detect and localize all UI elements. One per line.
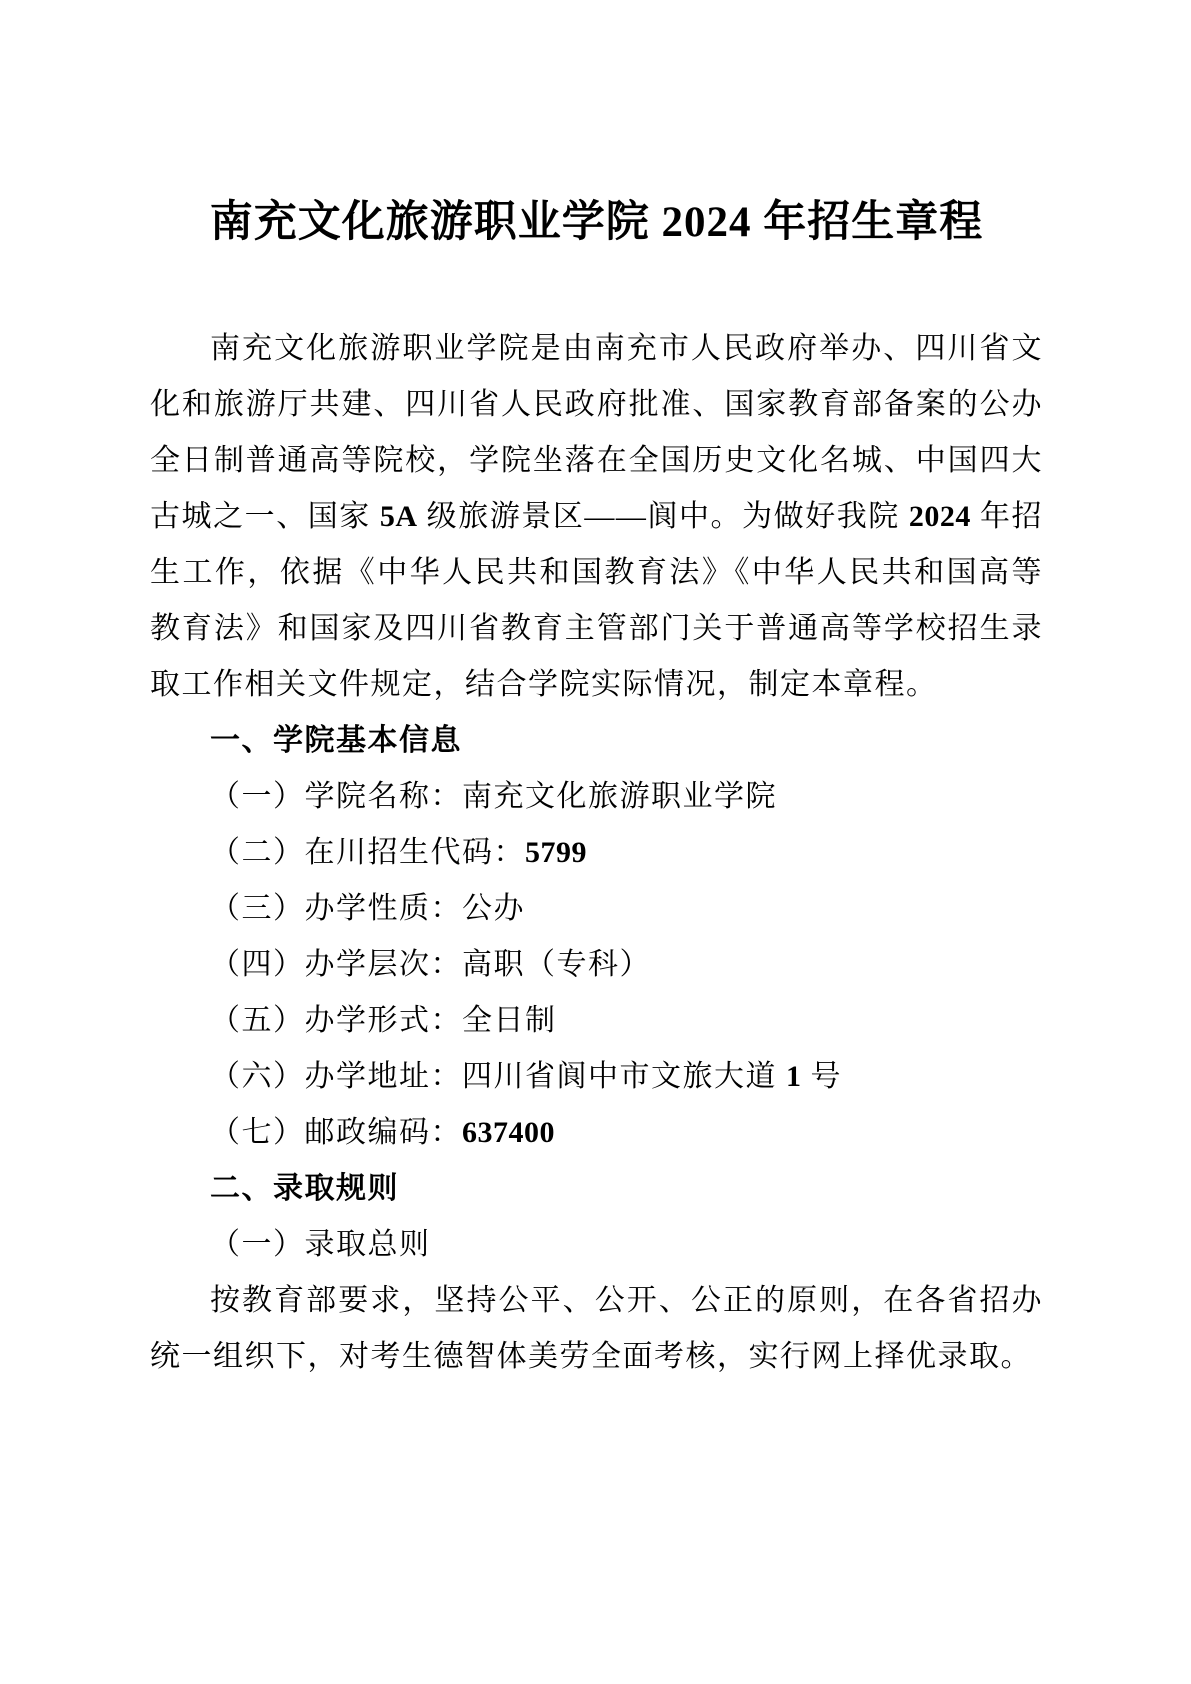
- text-segment: （一）学院名称：南充文化旅游职业学院: [210, 780, 777, 813]
- list-item-education-form: （五）办学形式：全日制: [150, 993, 1043, 1049]
- list-item-address: （六）办学地址：四川省阆中市文旅大道 1 号: [150, 1049, 1043, 1105]
- document-page: 南充文化旅游职业学院 2024 年招生章程 南充文化旅游职业学院是由南充市人民政…: [0, 0, 1191, 1684]
- list-item-postal-code: （七）邮政编码：637400: [150, 1105, 1043, 1161]
- list-item-college-name: （一）学院名称：南充文化旅游职业学院: [150, 769, 1043, 825]
- document-title: 南充文化旅游职业学院 2024 年招生章程: [150, 193, 1043, 253]
- number-segment: 5799: [525, 836, 587, 869]
- text-segment: （五）办学形式：全日制: [210, 1004, 557, 1037]
- intro-paragraph: 南充文化旅游职业学院是由南充市人民政府举办、四川省文化和旅游厅共建、四川省人民政…: [150, 321, 1043, 713]
- text-segment: 号: [802, 1060, 843, 1093]
- text-segment: （六）办学地址：四川省阆中市文旅大道: [210, 1060, 786, 1093]
- text-segment: （二）在川招生代码：: [210, 836, 525, 869]
- number-segment: 5A: [380, 500, 418, 533]
- section-heading-basic-info: 一、学院基本信息: [150, 713, 1043, 769]
- list-item-school-nature: （三）办学性质：公办: [150, 881, 1043, 937]
- text-segment: （四）办学层次：高职（专科）: [210, 948, 651, 981]
- list-item-education-level: （四）办学层次：高职（专科）: [150, 937, 1043, 993]
- closing-paragraph: 按教育部要求，坚持公平、公开、公正的原则，在各省招办统一组织下，对考生德智体美劳…: [150, 1273, 1043, 1385]
- list-item-admission-principles: （一）录取总则: [150, 1217, 1043, 1273]
- number-segment: 2024: [909, 500, 971, 533]
- text-segment: （三）办学性质：公办: [210, 892, 525, 925]
- number-segment: 1: [786, 1060, 802, 1093]
- text-segment: （一）录取总则: [210, 1228, 431, 1261]
- section-heading-admission-rules: 二、录取规则: [150, 1161, 1043, 1217]
- text-segment: （七）邮政编码：: [210, 1116, 462, 1149]
- list-item-admission-code: （二）在川招生代码：5799: [150, 825, 1043, 881]
- number-segment: 637400: [462, 1116, 555, 1149]
- text-segment: 级旅游景区——阆中。为做好我院: [418, 500, 909, 533]
